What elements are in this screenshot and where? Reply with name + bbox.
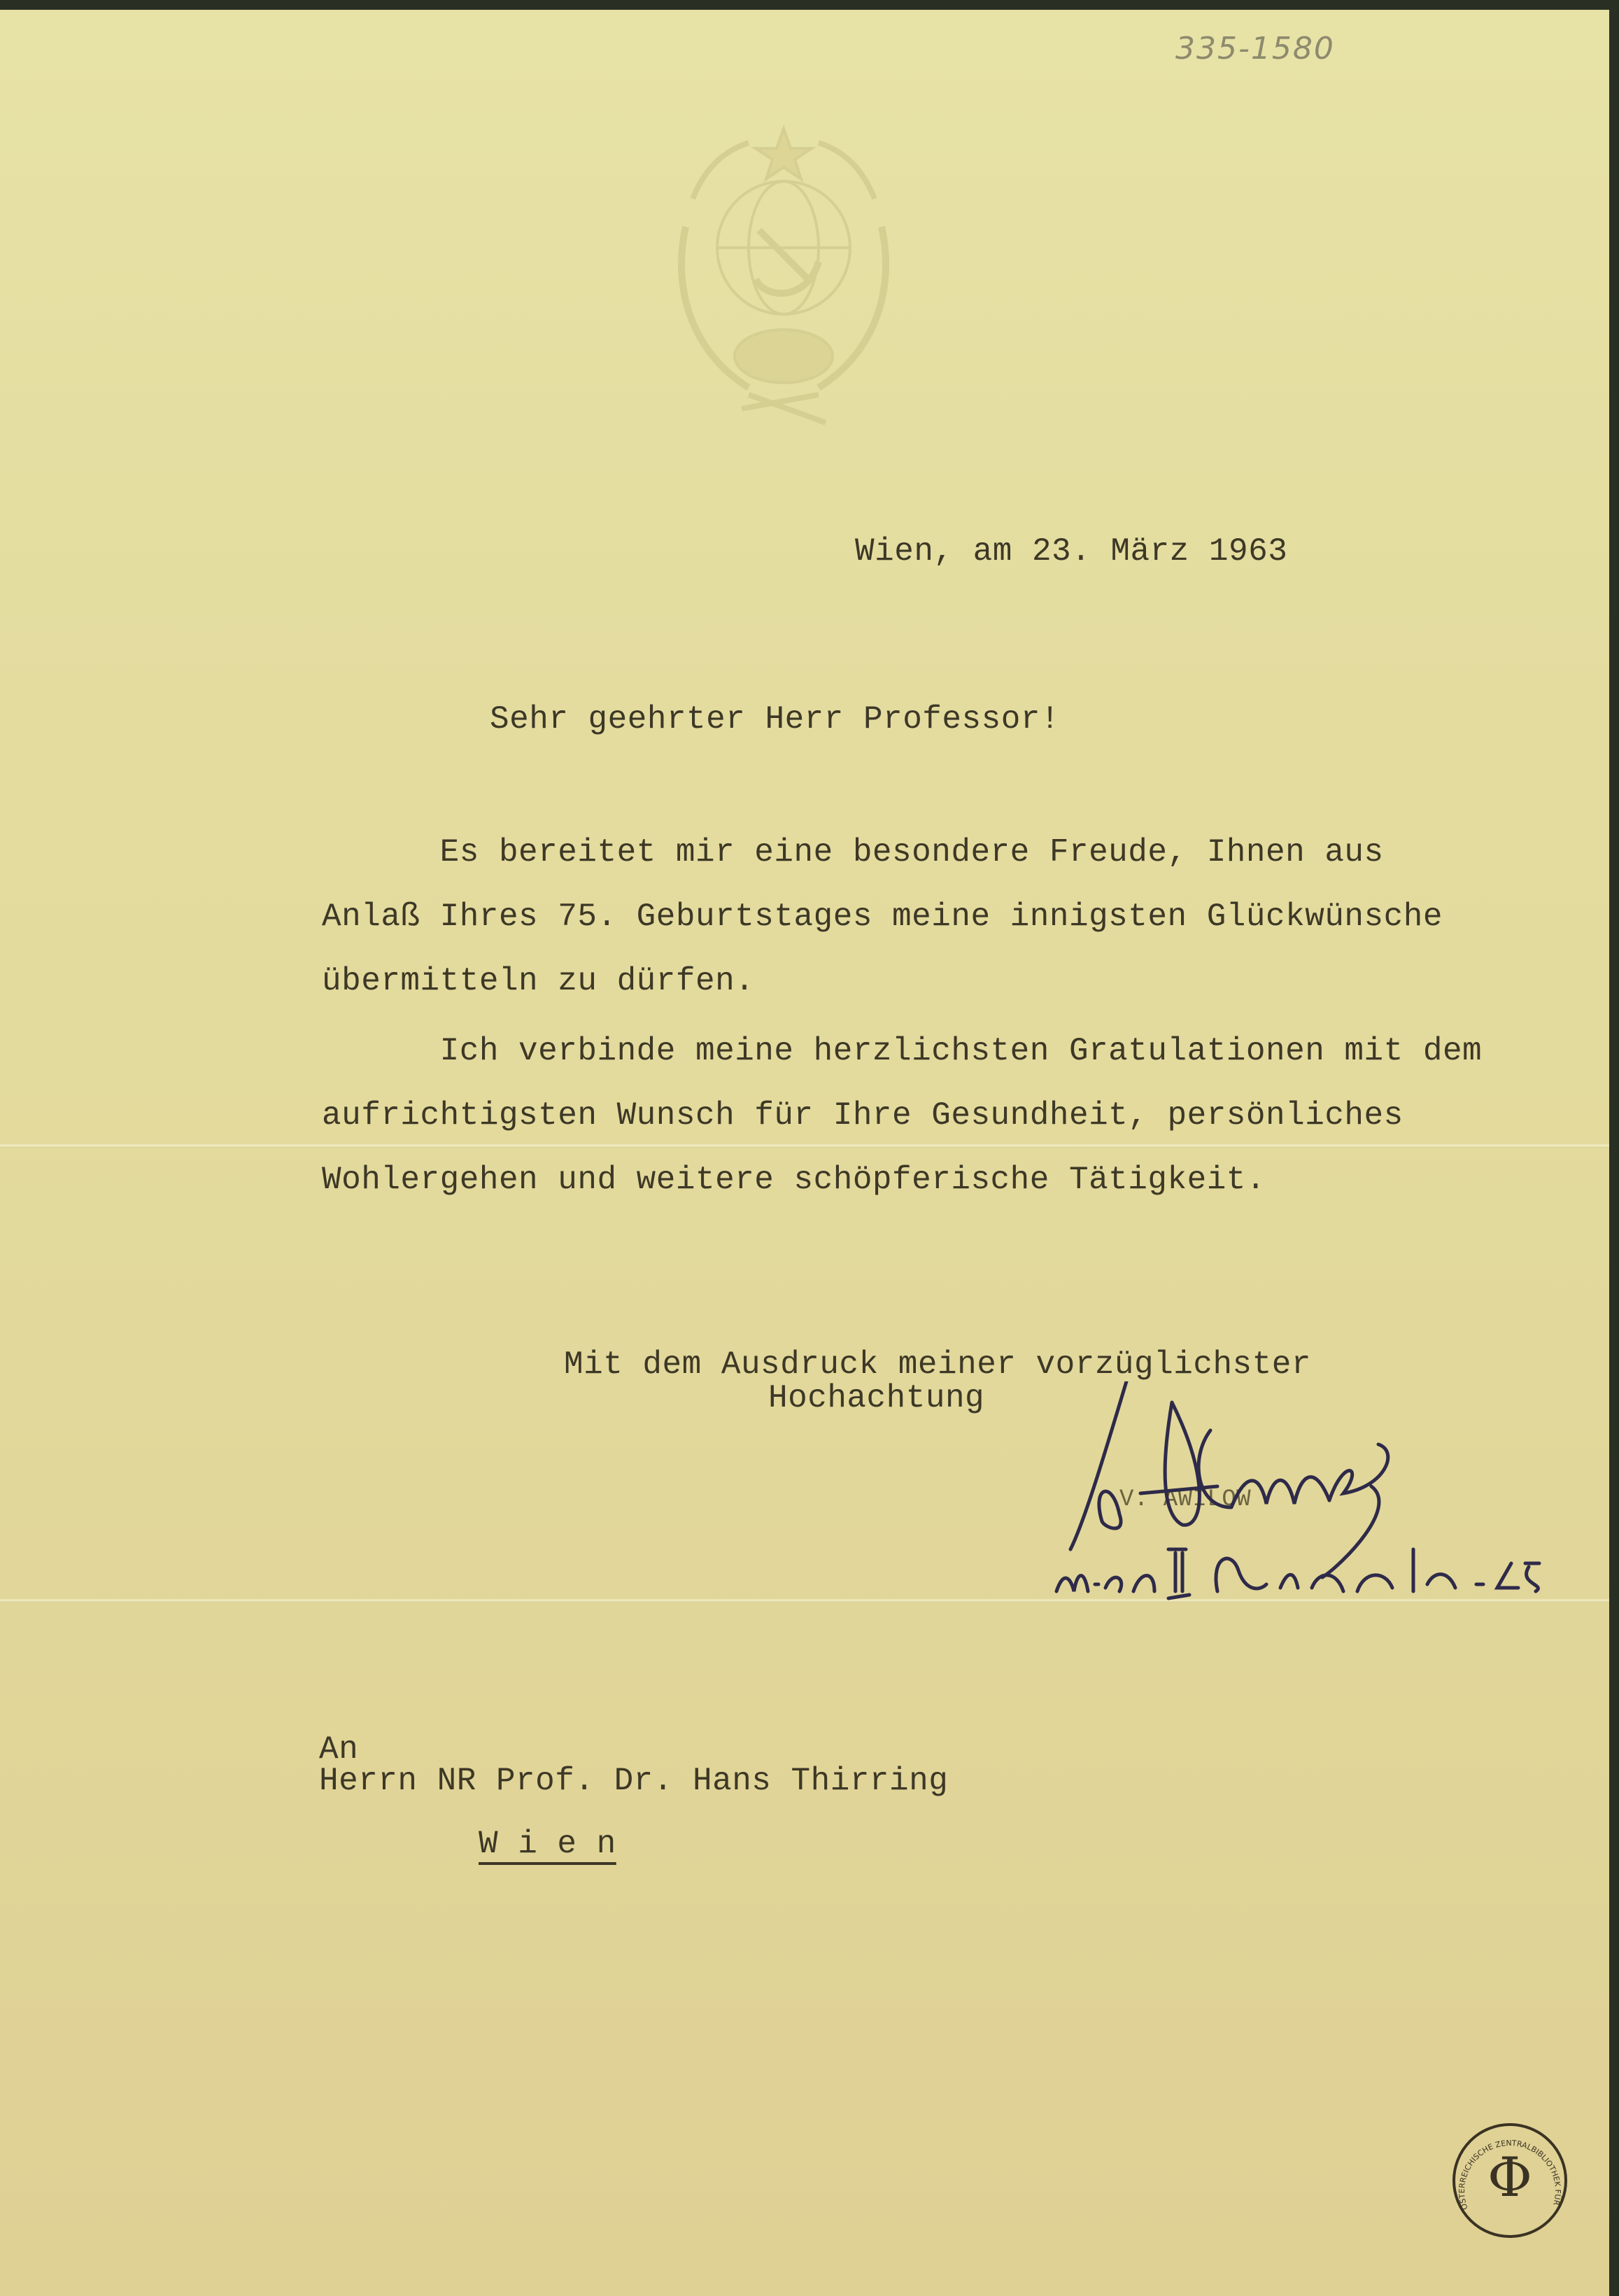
library-stamp-icon: Φ ÖSTERREICHISCHE ZENTRALBIBLIOTHEK FÜR … [1447,2118,1573,2244]
body-line: Wohlergehen und weitere schöpferische Tä… [322,1162,1266,1198]
archive-number: 335-1580 [1175,31,1335,66]
body-line: Anlaß Ihres 75. Geburtstages meine innig… [322,899,1443,935]
scan-edge [1609,0,1619,2296]
date-line: Wien, am 23. März 1963 [855,533,1287,570]
signature-icon [1035,1381,1609,1619]
recipient-name: Herrn NR Prof. Dr. Hans Thirring [319,1763,948,1799]
recipient-city: W i e n [479,1826,616,1862]
closing-line: Hochachtung [768,1380,984,1416]
paper-fold [0,1143,1609,1148]
closing-line: Mit dem Ausdruck meiner vorzüglichster [564,1346,1311,1383]
body-line: übermitteln zu dürfen. [322,963,754,999]
emblem-icon [644,115,924,437]
body-line: Ich verbinde meine herzlichsten Gratulat… [322,1033,1482,1069]
stamp-symbol: Φ [1487,2146,1532,2209]
letter-page: 335-1580 Wien, am 23. März 1963 Sehr gee… [0,10,1609,2296]
body-line: Es bereitet mir eine besondere Freude, I… [322,834,1384,871]
salutation: Sehr geehrter Herr Professor! [490,701,1060,738]
body-line: aufrichtigsten Wunsch für Ihre Gesundhei… [322,1097,1404,1134]
